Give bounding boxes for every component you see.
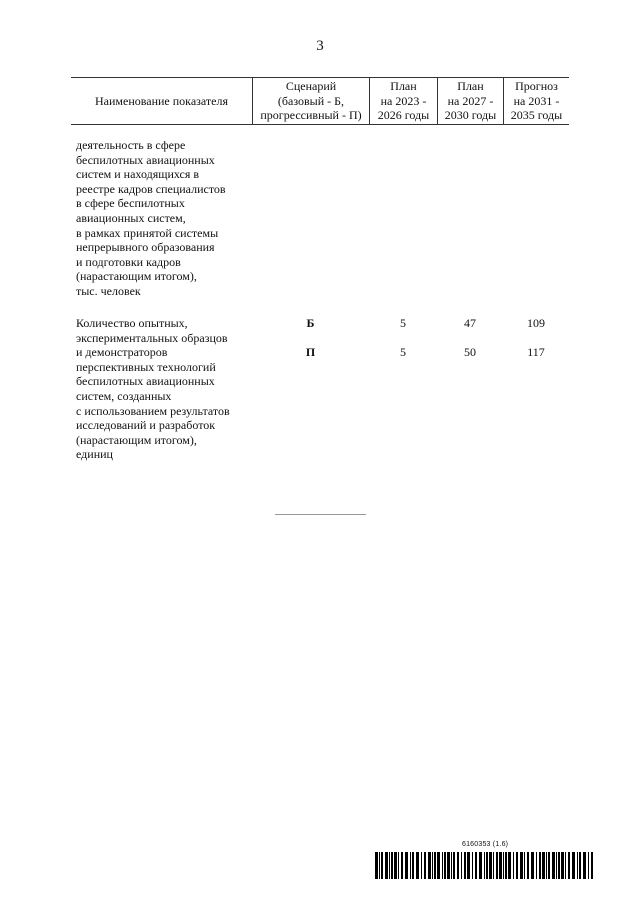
forecast-2031-2035-cell: 117 <box>503 345 569 360</box>
page-number: 3 <box>0 38 640 55</box>
barcode <box>375 852 595 879</box>
header-indicator-name: Наименование показателя <box>71 78 252 124</box>
scenario-cell: Б <box>252 316 369 331</box>
indicators-table: Наименование показателя Сценарий (базовы… <box>71 77 569 125</box>
table-header: Наименование показателя Сценарий (базовы… <box>71 77 569 125</box>
plan-2023-2026-cell: 5 <box>369 316 437 331</box>
continued-indicator-text: деятельность в сфере беспилотных авиацио… <box>76 138 226 299</box>
header-forecast-2031-2035: Прогноз на 2031 - 2035 годы <box>503 78 569 124</box>
header-plan-2027-2030: План на 2027 - 2030 годы <box>437 78 503 124</box>
indicator-text: Количество опытных, экспериментальных об… <box>76 316 230 462</box>
plan-2023-2026-cell: 5 <box>369 345 437 360</box>
header-scenario: Сценарий (базовый - Б, прогрессивный - П… <box>252 78 369 124</box>
scenario-cell: П <box>252 345 369 360</box>
end-of-document-rule <box>275 514 366 515</box>
plan-2027-2030-cell: 50 <box>437 345 503 360</box>
header-plan-2023-2026: План на 2023 - 2026 годы <box>369 78 437 124</box>
barcode-number: 6160353 (1.6) <box>462 841 508 848</box>
forecast-2031-2035-cell: 109 <box>503 316 569 331</box>
plan-2027-2030-cell: 47 <box>437 316 503 331</box>
